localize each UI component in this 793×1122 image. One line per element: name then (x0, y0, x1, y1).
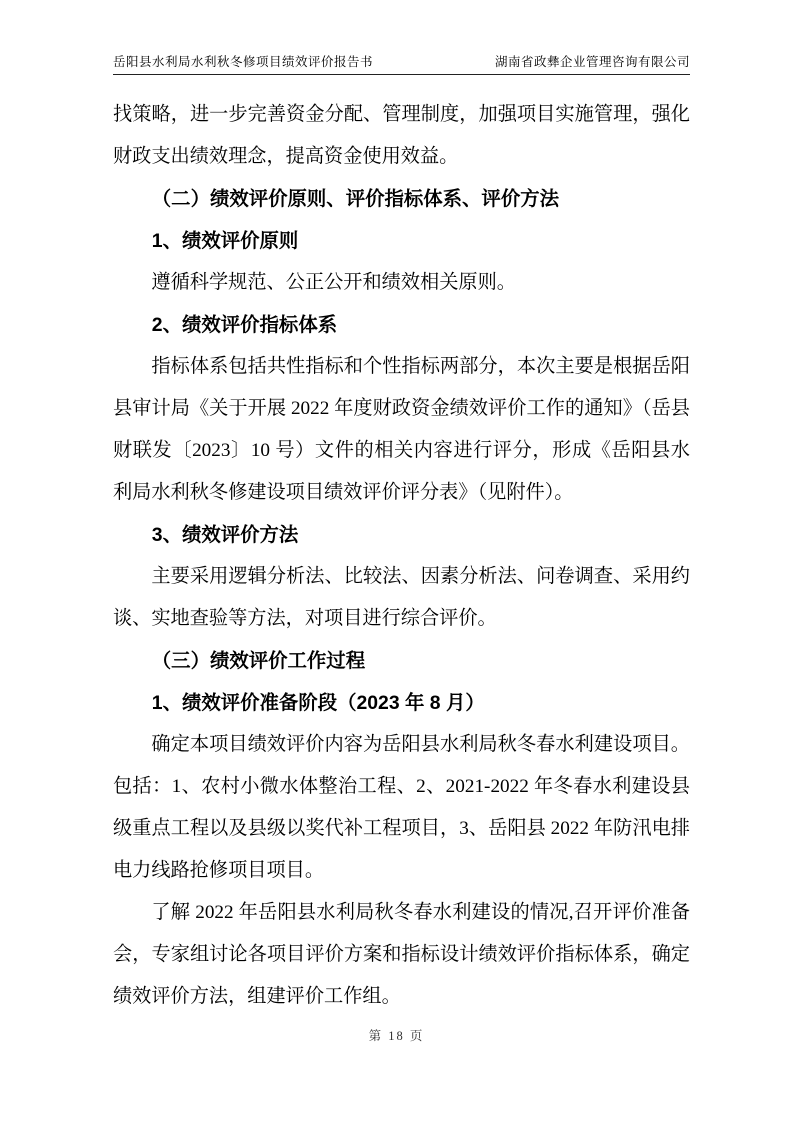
page-number: 第 18 页 (369, 1029, 425, 1043)
paragraph-evaluation-methods: 主要采用逻辑分析法、比较法、因素分析法、问卷调查、采用约谈、实地查验等方法，对项… (113, 556, 690, 640)
page-footer: 第 18 页 (0, 1026, 793, 1044)
subheading-principles: 1、绩效评价原则 (113, 220, 690, 262)
page-header: 岳阳县水利局水利秋冬修项目绩效评价报告书 湖南省政彝企业管理咨询有限公司 (113, 52, 690, 75)
paragraph-principles: 遵循科学规范、公正公开和绩效相关原则。 (113, 262, 690, 304)
section-heading-3: （三）绩效评价工作过程 (113, 640, 690, 682)
paragraph-continuation: 找策略，进一步完善资金分配、管理制度，加强项目实施管理，强化财政支出绩效理念，提… (113, 94, 690, 178)
paragraph-preparation-meeting: 了解 2022 年岳阳县水利局秋冬春水利建设的情况,召开评价准备会，专家组讨论各… (113, 892, 690, 1018)
subheading-preparation-stage: 1、绩效评价准备阶段（2023 年 8 月） (113, 682, 690, 724)
header-report-title: 岳阳县水利局水利秋冬修项目绩效评价报告书 (113, 52, 373, 70)
section-heading-2: （二）绩效评价原则、评价指标体系、评价方法 (113, 178, 690, 220)
paragraph-indicator-system: 指标体系包括共性指标和个性指标两部分，本次主要是根据岳阳县审计局《关于开展 20… (113, 346, 690, 514)
document-page: 岳阳县水利局水利秋冬修项目绩效评价报告书 湖南省政彝企业管理咨询有限公司 找策略… (0, 0, 793, 1122)
paragraph-evaluation-scope: 确定本项目绩效评价内容为岳阳县水利局秋冬春水利建设项目。包括：1、农村小微水体整… (113, 724, 690, 892)
subheading-indicator-system: 2、绩效评价指标体系 (113, 304, 690, 346)
document-body: 找策略，进一步完善资金分配、管理制度，加强项目实施管理，强化财政支出绩效理念，提… (113, 94, 690, 1018)
subheading-evaluation-methods: 3、绩效评价方法 (113, 514, 690, 556)
header-company-name: 湖南省政彝企业管理咨询有限公司 (495, 52, 690, 70)
